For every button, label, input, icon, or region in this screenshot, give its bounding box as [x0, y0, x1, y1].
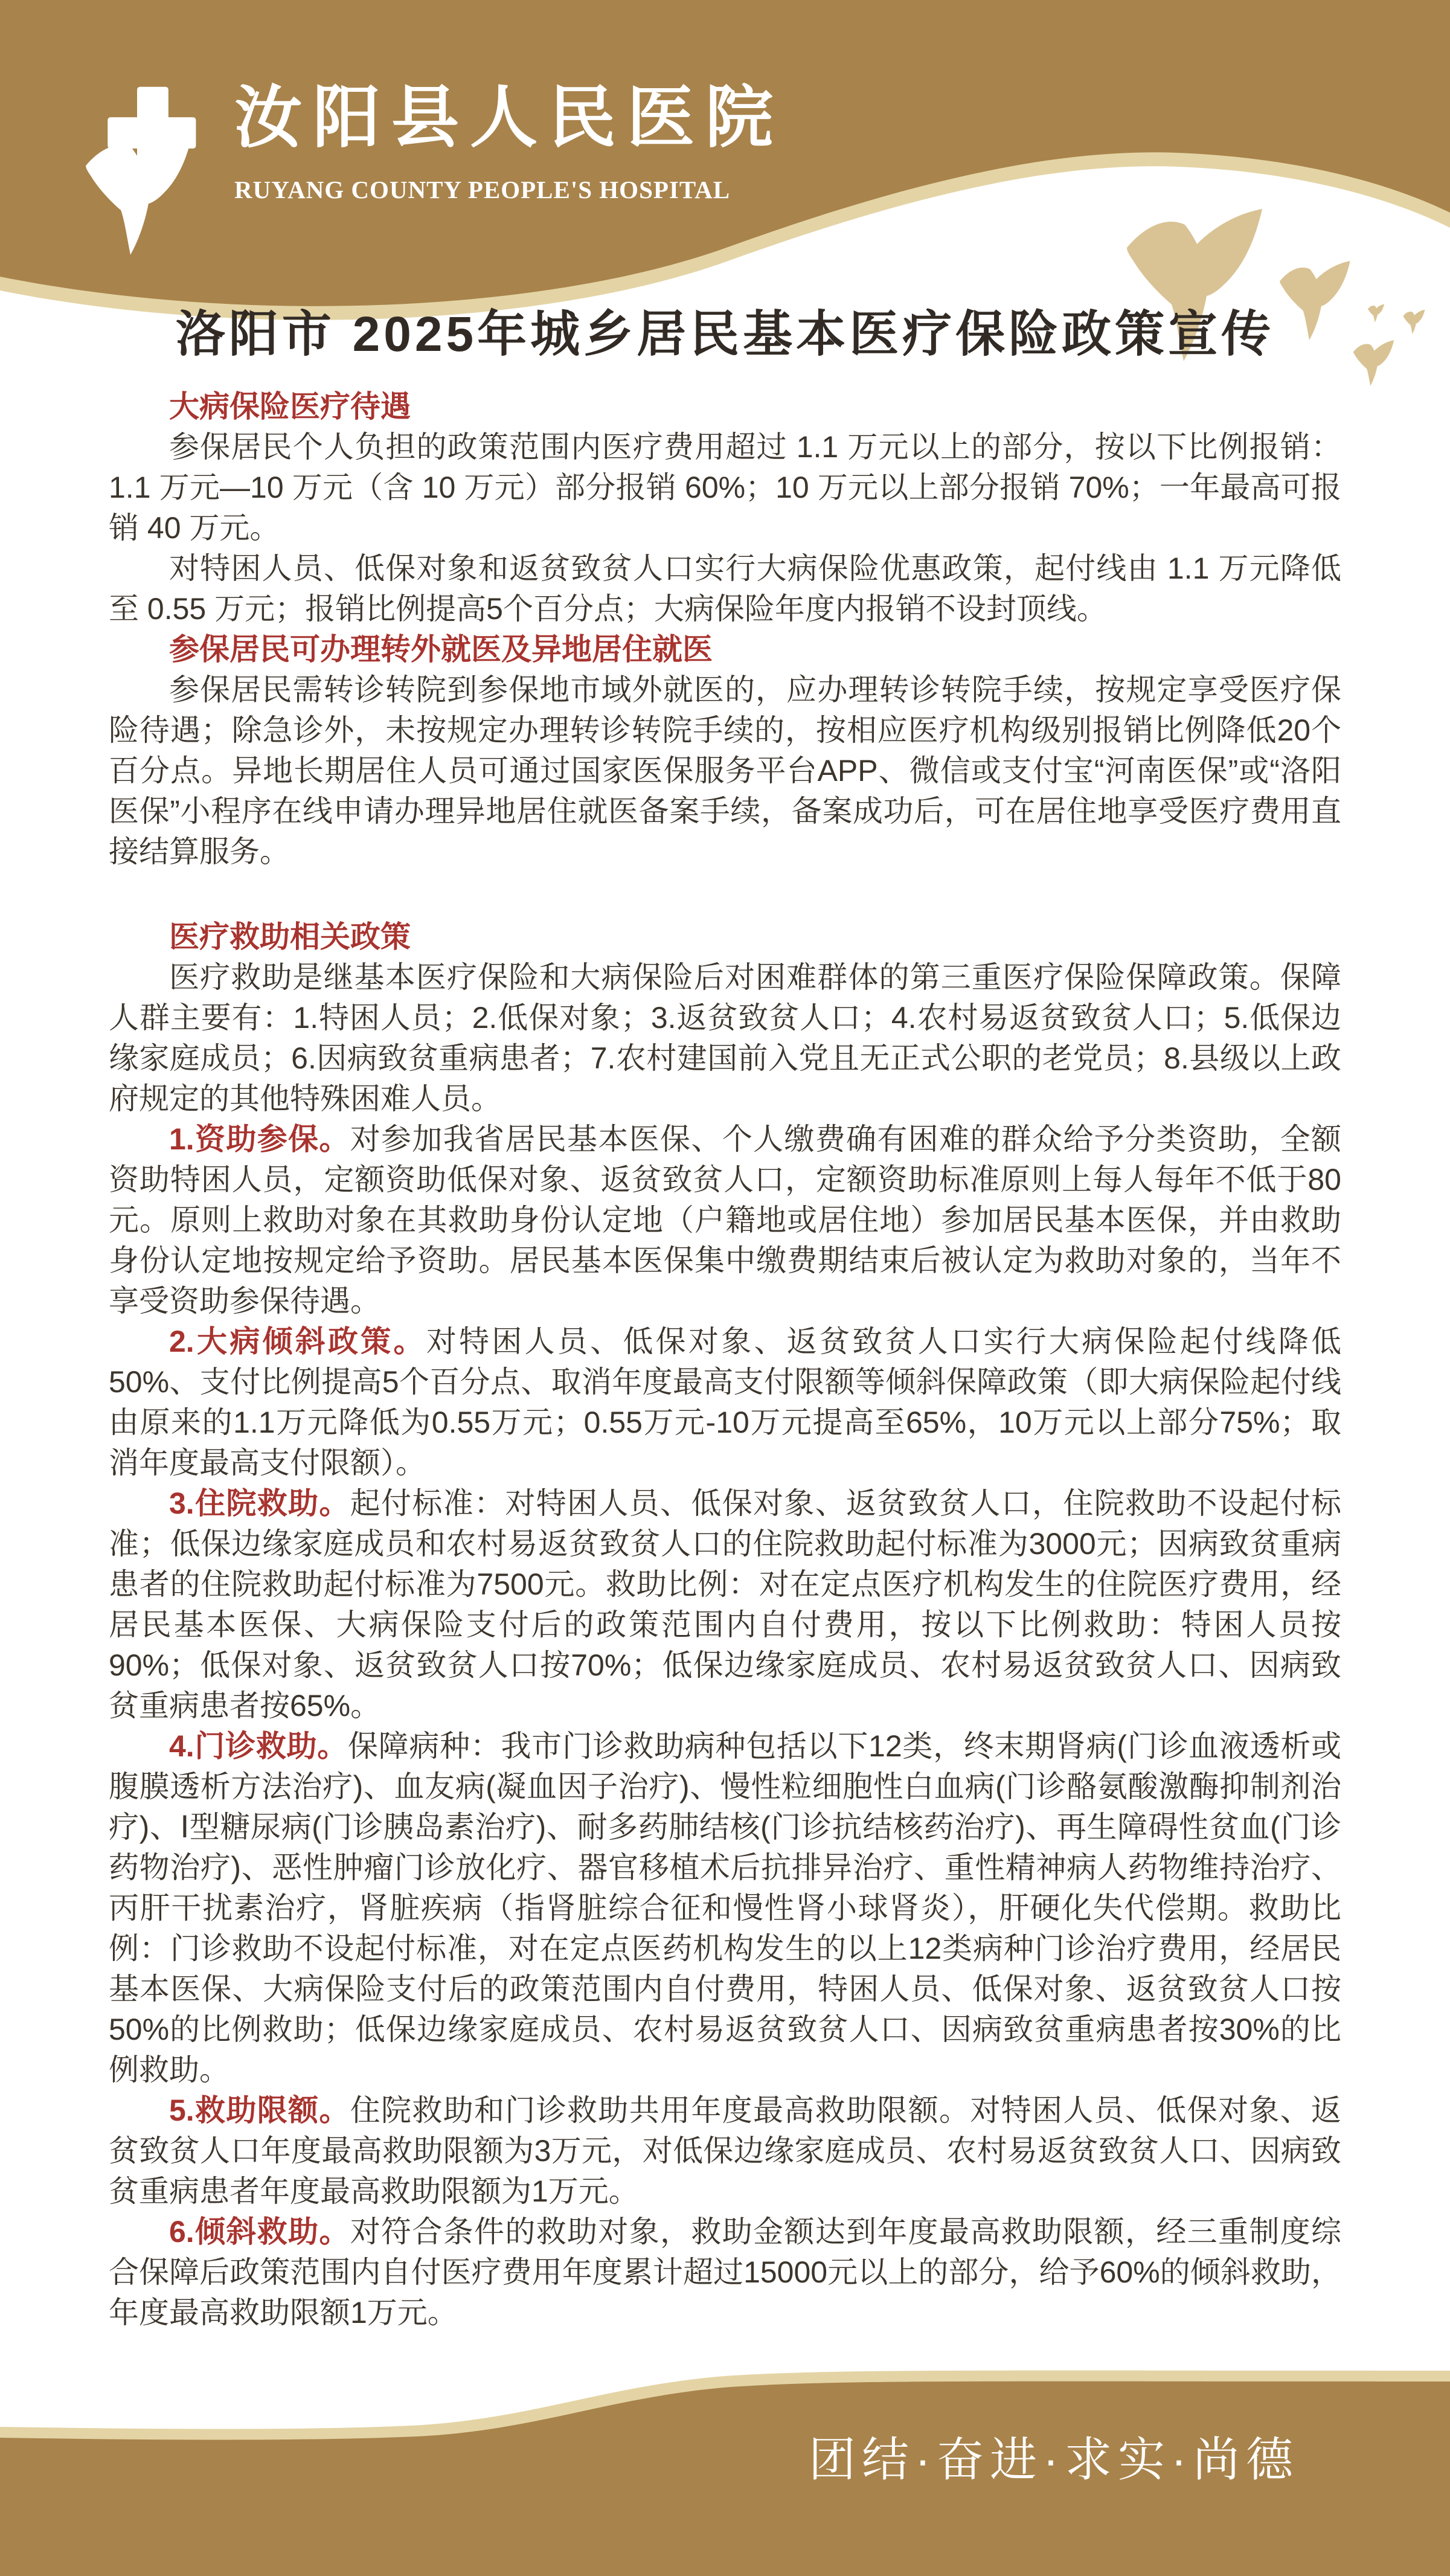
item-lead: 4.门诊救助。: [169, 1729, 348, 1763]
paragraph: 参保居民个人负担的政策范围内医疗费用超过 1.1 万元以上的部分，按以下比例报销…: [109, 427, 1341, 548]
item-text: 保障病种：我市门诊救助病种包括以下12类，终末期肾病(门诊血液透析或腹膜透析方法…: [109, 1729, 1341, 2087]
policy-content: 洛阳市 2025年城乡居民基本医疗保险政策宣传 大病保险医疗待遇 参保居民个人负…: [109, 301, 1341, 2333]
section-heading-referral-remote-care: 参保居民可办理转外就医及异地居住就医: [109, 629, 1341, 670]
paragraph: 参保居民需转诊转院到参保地市域外就医的，应办理转诊转院手续，按规定享受医疗保险待…: [109, 670, 1341, 872]
policy-item-1: 1.资助参保。对参加我省居民基本医保、个人缴费确有困难的群众给予分类资助，全额资…: [109, 1119, 1341, 1322]
section-heading-medical-assistance: 医疗救助相关政策: [109, 917, 1341, 957]
item-lead: 5.救助限额。: [169, 2093, 350, 2127]
paragraph: 医疗救助是继基本医疗保险和大病保险后对困难群体的第三重医疗保险保障政策。保障人群…: [109, 957, 1341, 1119]
item-text: 起付标准：对特困人员、低保对象、返贫致贫人口，住院救助不设起付标准；低保边缘家庭…: [109, 1486, 1341, 1723]
hospital-name-cn: 汝阳县人民医院: [234, 72, 784, 163]
dove-icon: [1353, 340, 1394, 386]
section-heading-serious-illness: 大病保险医疗待遇: [109, 387, 1341, 427]
page-title: 洛阳市 2025年城乡居民基本医疗保险政策宣传: [109, 301, 1341, 368]
policy-item-4: 4.门诊救助。保障病种：我市门诊救助病种包括以下12类，终末期肾病(门诊血液透析…: [109, 1726, 1341, 2090]
policy-item-3: 3.住院救助。起付标准：对特困人员、低保对象、返贫致贫人口，住院救助不设起付标准…: [109, 1483, 1341, 1726]
item-lead: 6.倾斜救助。: [169, 2215, 350, 2249]
hospital-motto: 团结·奋进·求实·尚德: [695, 2428, 1413, 2491]
paragraph: 对特困人员、低保对象和返贫致贫人口实行大病保险优惠政策，起付线由 1.1 万元降…: [109, 548, 1341, 629]
item-lead: 3.住院救助。: [169, 1486, 350, 1520]
policy-item-5: 5.救助限额。住院救助和门诊救助共用年度最高救助限额。对特困人员、低保对象、返贫…: [109, 2090, 1341, 2212]
hospital-logo-icon: [77, 83, 210, 255]
policy-item-6: 6.倾斜救助。对符合条件的救助对象，救助金额达到年度最高救助限额，经三重制度综合…: [109, 2212, 1341, 2333]
policy-item-2: 2.大病倾斜政策。对特困人员、低保对象、返贫致贫人口实行大病保险起付线降低50%…: [109, 1322, 1341, 1483]
item-lead: 2.大病倾斜政策。: [169, 1325, 426, 1358]
hospital-logo-block: 汝阳县人民医院 RUYANG COUNTY PEOPLE'S HOSPITAL: [77, 72, 784, 255]
dove-icon: [1403, 310, 1425, 334]
hospital-name-en: RUYANG COUNTY PEOPLE'S HOSPITAL: [234, 172, 784, 208]
dove-icon: [1368, 304, 1384, 322]
poster-page: 汝阳县人民医院 RUYANG COUNTY PEOPLE'S HOSPITAL …: [0, 0, 1450, 2576]
item-lead: 1.资助参保。: [169, 1122, 350, 1156]
hospital-name: 汝阳县人民医院 RUYANG COUNTY PEOPLE'S HOSPITAL: [234, 72, 784, 208]
